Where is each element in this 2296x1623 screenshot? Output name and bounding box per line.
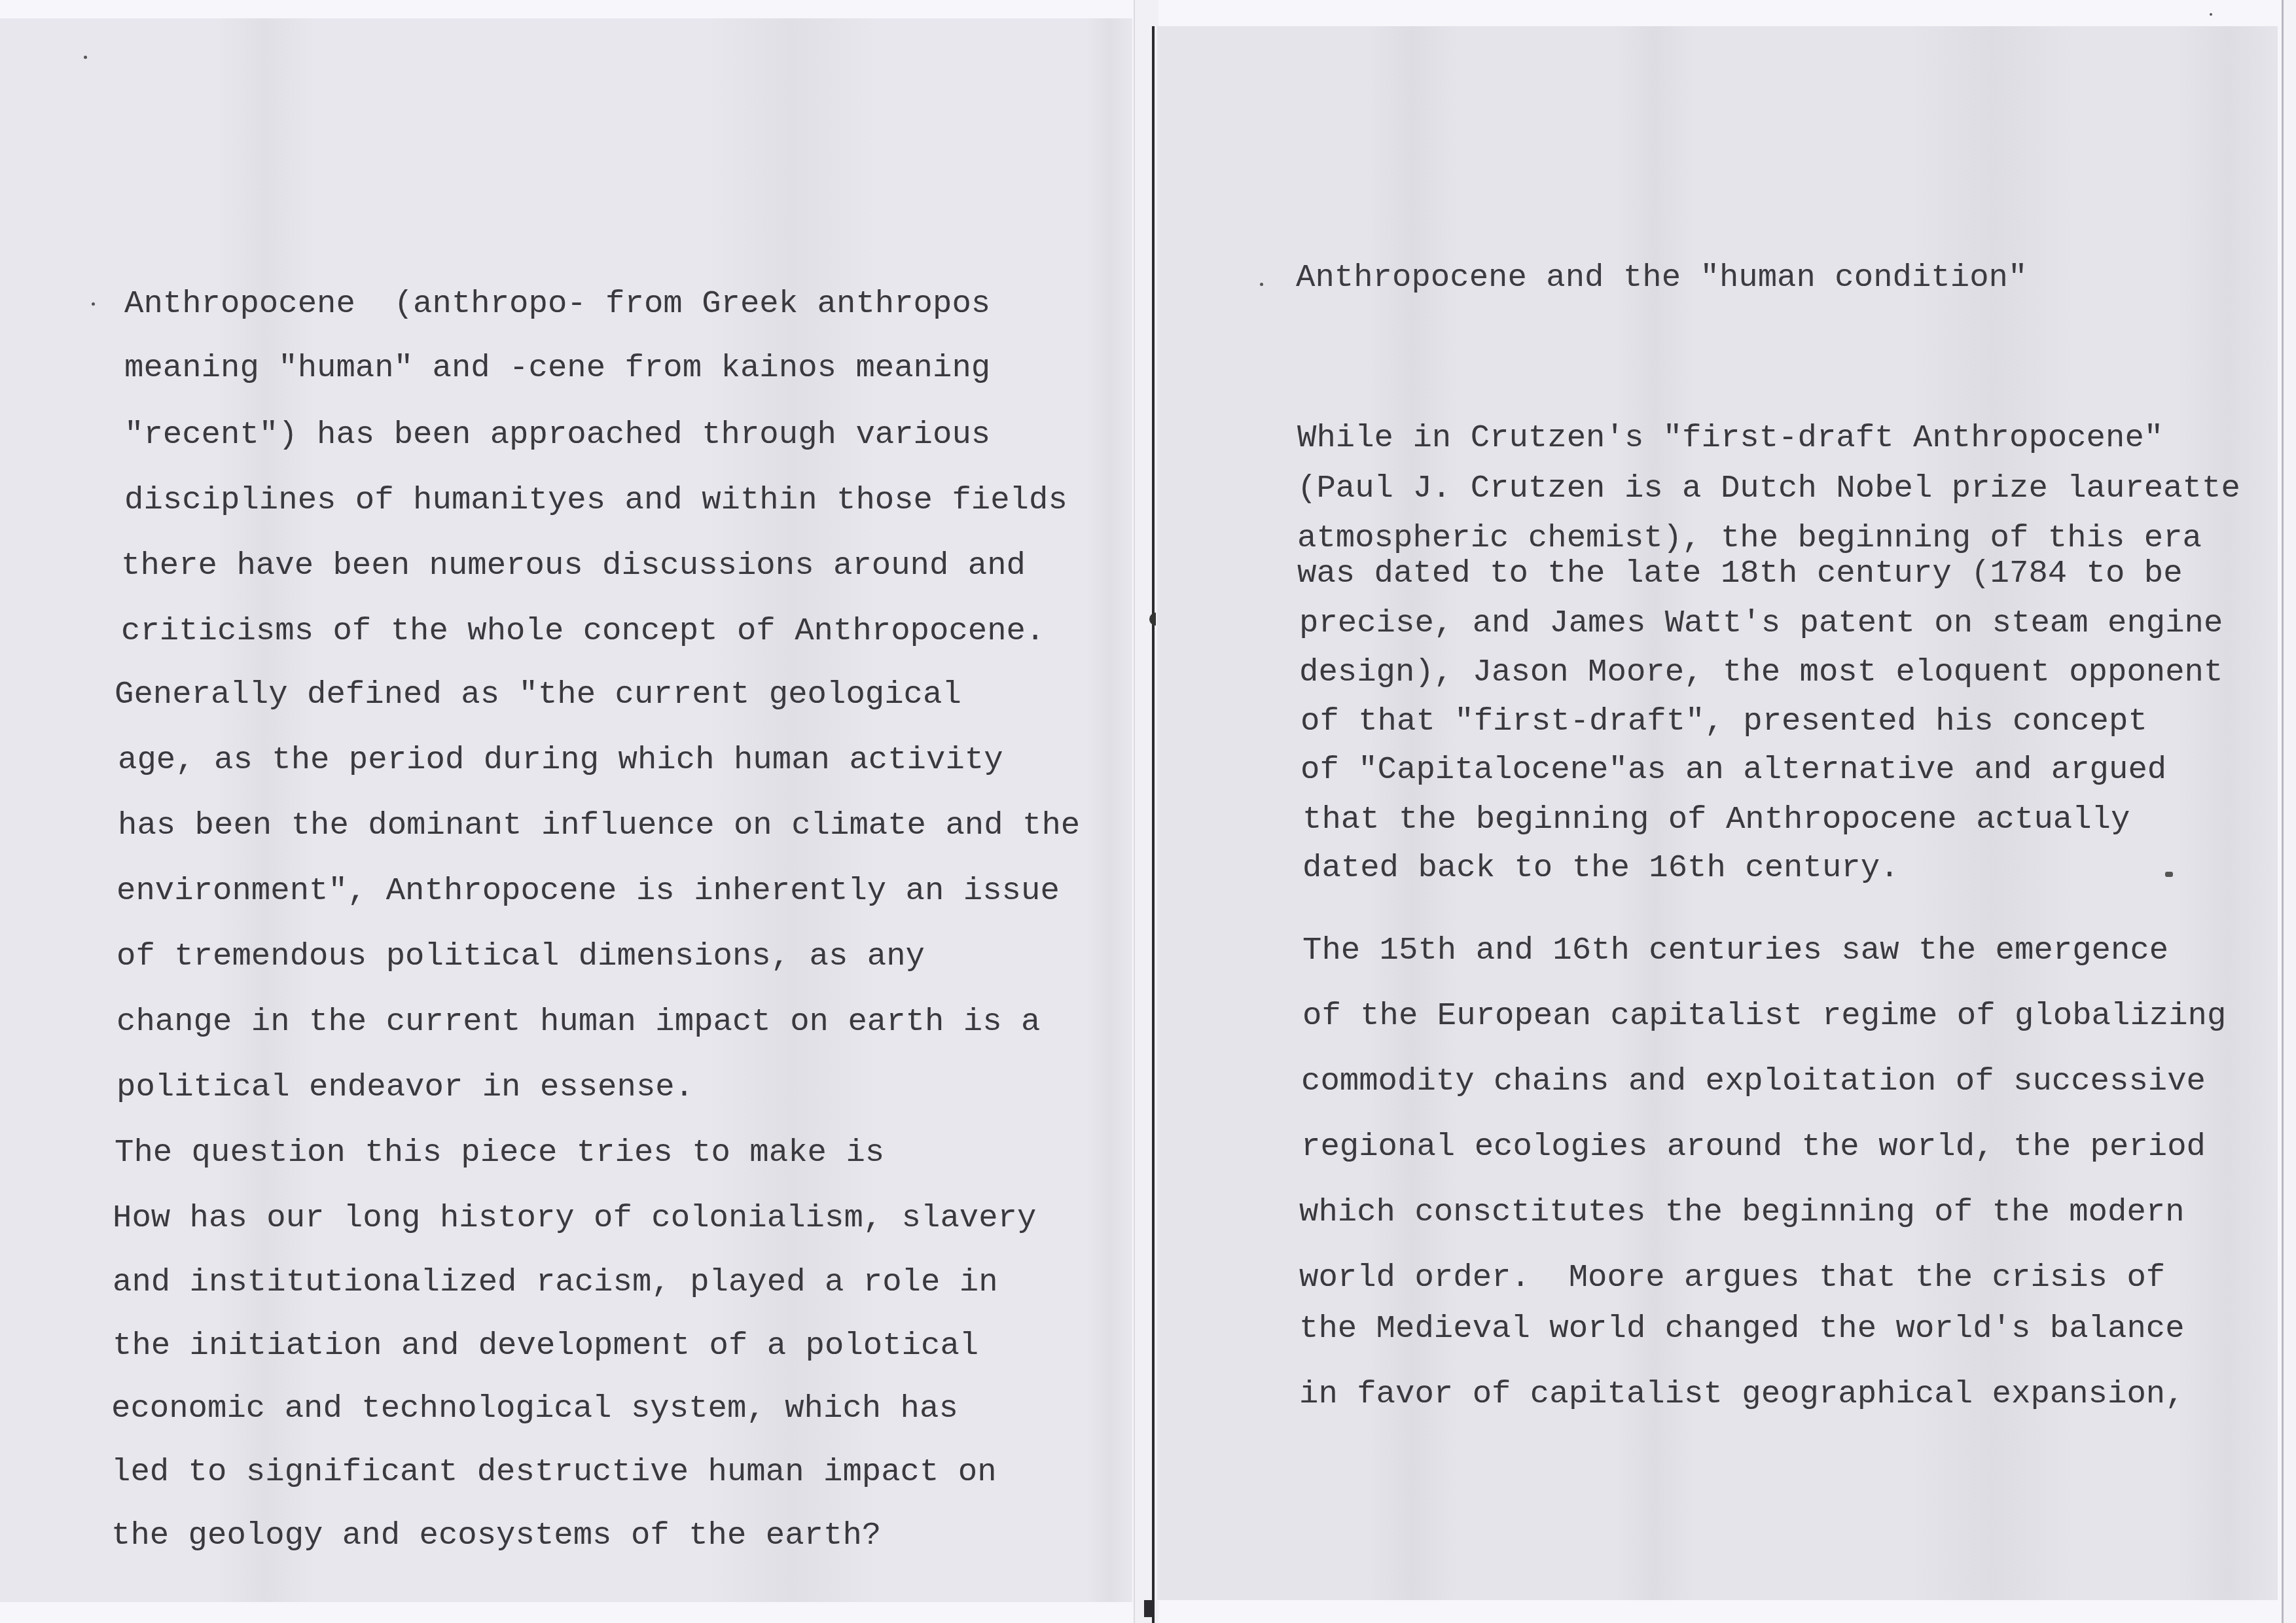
text-line: dated back to the 16th century.	[1302, 852, 1899, 884]
text-line: of the European capitalist regime of glo…	[1302, 1000, 2226, 1032]
text-line: meaning "human" and -cene from kainos me…	[124, 352, 990, 384]
text-line: disciplines of humanityes and within tho…	[124, 484, 1067, 516]
text-line: atmospheric chemist), the beginning of t…	[1297, 522, 2202, 554]
text-line: of that "first-draft", presented his con…	[1300, 705, 2147, 738]
text-line: Generally defined as "the current geolog…	[115, 679, 961, 711]
text-line: While in Crutzen's "first-draft Anthropo…	[1297, 422, 2163, 454]
text-line: age, as the period during which human ac…	[118, 744, 1003, 776]
text-line: (Paul J. Crutzen is a Dutch Nobel prize …	[1297, 473, 2240, 505]
text-line: that the beginning of Anthropocene actua…	[1302, 804, 2130, 836]
scan-speck	[92, 302, 95, 306]
page-edge	[2282, 0, 2296, 1623]
scan-speck	[2210, 13, 2212, 16]
scan-strip	[1086, 18, 1132, 1602]
text-line: environment", Anthropocene is inherently…	[117, 875, 1060, 907]
text-line: and institutionalized racism, played a r…	[113, 1266, 998, 1298]
text-line: regional ecologies around the world, the…	[1301, 1131, 2206, 1163]
text-line: of "Capitalocene"as an alternative and a…	[1300, 754, 2166, 786]
text-line: led to significant destructive human imp…	[111, 1456, 997, 1488]
text-line: there have been numerous discussions aro…	[121, 550, 1026, 582]
text-line: commodity chains and exploitation of suc…	[1301, 1065, 2206, 1097]
text-line: The 15th and 16th centuries saw the emer…	[1302, 935, 2168, 967]
text-line: The question this piece tries to make is	[115, 1137, 884, 1169]
text-line: of tremendous political dimensions, as a…	[117, 940, 925, 972]
text-line: economic and technological system, which…	[111, 1393, 958, 1425]
text-line: in favor of capitalist geographical expa…	[1299, 1378, 2185, 1410]
scan-speck	[2165, 872, 2173, 877]
scan-strip	[2178, 26, 2276, 1600]
text-line: political endeavor in essense.	[117, 1071, 694, 1103]
text-line: the Medieval world changed the world's b…	[1299, 1313, 2185, 1345]
text-line: Anthropocene (anthropo- from Greek anthr…	[124, 288, 990, 320]
book-gutter	[1134, 0, 1158, 1623]
text-line: has been the dominant influence on clima…	[118, 810, 1080, 842]
text-line: the initiation and development of a polo…	[113, 1330, 978, 1362]
section-title: Anthropocene and the "human condition"	[1296, 262, 2027, 294]
text-line: the geology and ecosystems of the earth?	[111, 1520, 881, 1552]
text-line: precise, and James Watt's patent on stea…	[1299, 607, 2223, 639]
text-line: criticisms of the whole concept of Anthr…	[121, 615, 1045, 647]
text-line: "recent") has been approached through va…	[124, 419, 990, 451]
text-line: which consctitutes the beginning of the …	[1299, 1196, 2185, 1228]
scan-speck	[1260, 283, 1263, 286]
text-line: world order. Moore argues that the crisi…	[1299, 1262, 2165, 1294]
scan-speck	[84, 56, 87, 59]
text-line: How has our long history of colonialism,…	[113, 1202, 1036, 1234]
text-line: design), Jason Moore, the most eloquent …	[1299, 656, 2223, 688]
text-line: was dated to the late 18th century (1784…	[1297, 558, 2183, 590]
gutter-shadow-line	[1152, 26, 1155, 1623]
text-line: change in the current human impact on ea…	[117, 1006, 1040, 1038]
binding-mark	[1144, 1600, 1155, 1617]
